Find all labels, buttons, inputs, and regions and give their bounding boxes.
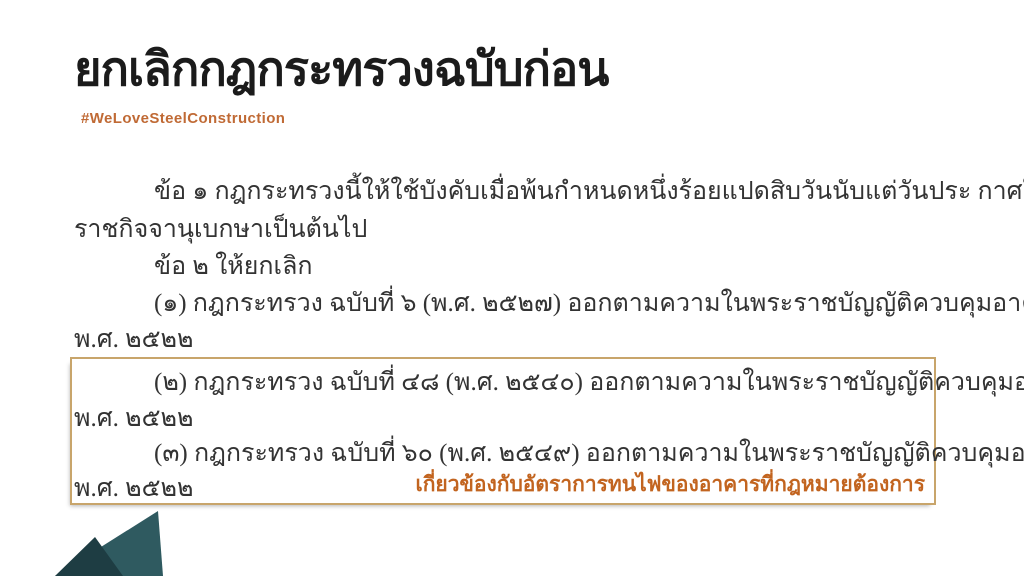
body-line: ข้อ ๑ กฎกระทรวงนี้ให้ใช้บังคับเมื่อพ้นกำ…	[74, 175, 1016, 209]
hashtag-label: #WeLoveSteelConstruction	[81, 110, 285, 127]
slide-canvas: ยกเลิกกฎกระทรวงฉบับก่อน #WeLoveSteelCons…	[0, 0, 1024, 576]
body-line: (๒) กฎกระทรวง ฉบับที่ ๔๘ (พ.ศ. ๒๕๔๐) ออก…	[74, 366, 1016, 400]
corner-ribbon-icon	[45, 505, 170, 576]
body-line: (๑) กฎกระทรวง ฉบับที่ ๖ (พ.ศ. ๒๕๒๗) ออกต…	[74, 287, 1016, 321]
body-line: พ.ศ. ๒๕๒๒	[74, 323, 936, 357]
page-title: ยกเลิกกฎกระทรวงฉบับก่อน	[74, 38, 608, 100]
body-line: พ.ศ. ๒๕๒๒	[74, 472, 936, 506]
body-line: พ.ศ. ๒๕๒๒	[74, 402, 936, 436]
body-line: (๓) กฎกระทรวง ฉบับที่ ๖๐ (พ.ศ. ๒๕๔๙) ออก…	[74, 437, 1016, 471]
body-line: ข้อ ๒ ให้ยกเลิก	[74, 250, 1016, 284]
body-line: ราชกิจจานุเบกษาเป็นต้นไป	[74, 213, 936, 247]
